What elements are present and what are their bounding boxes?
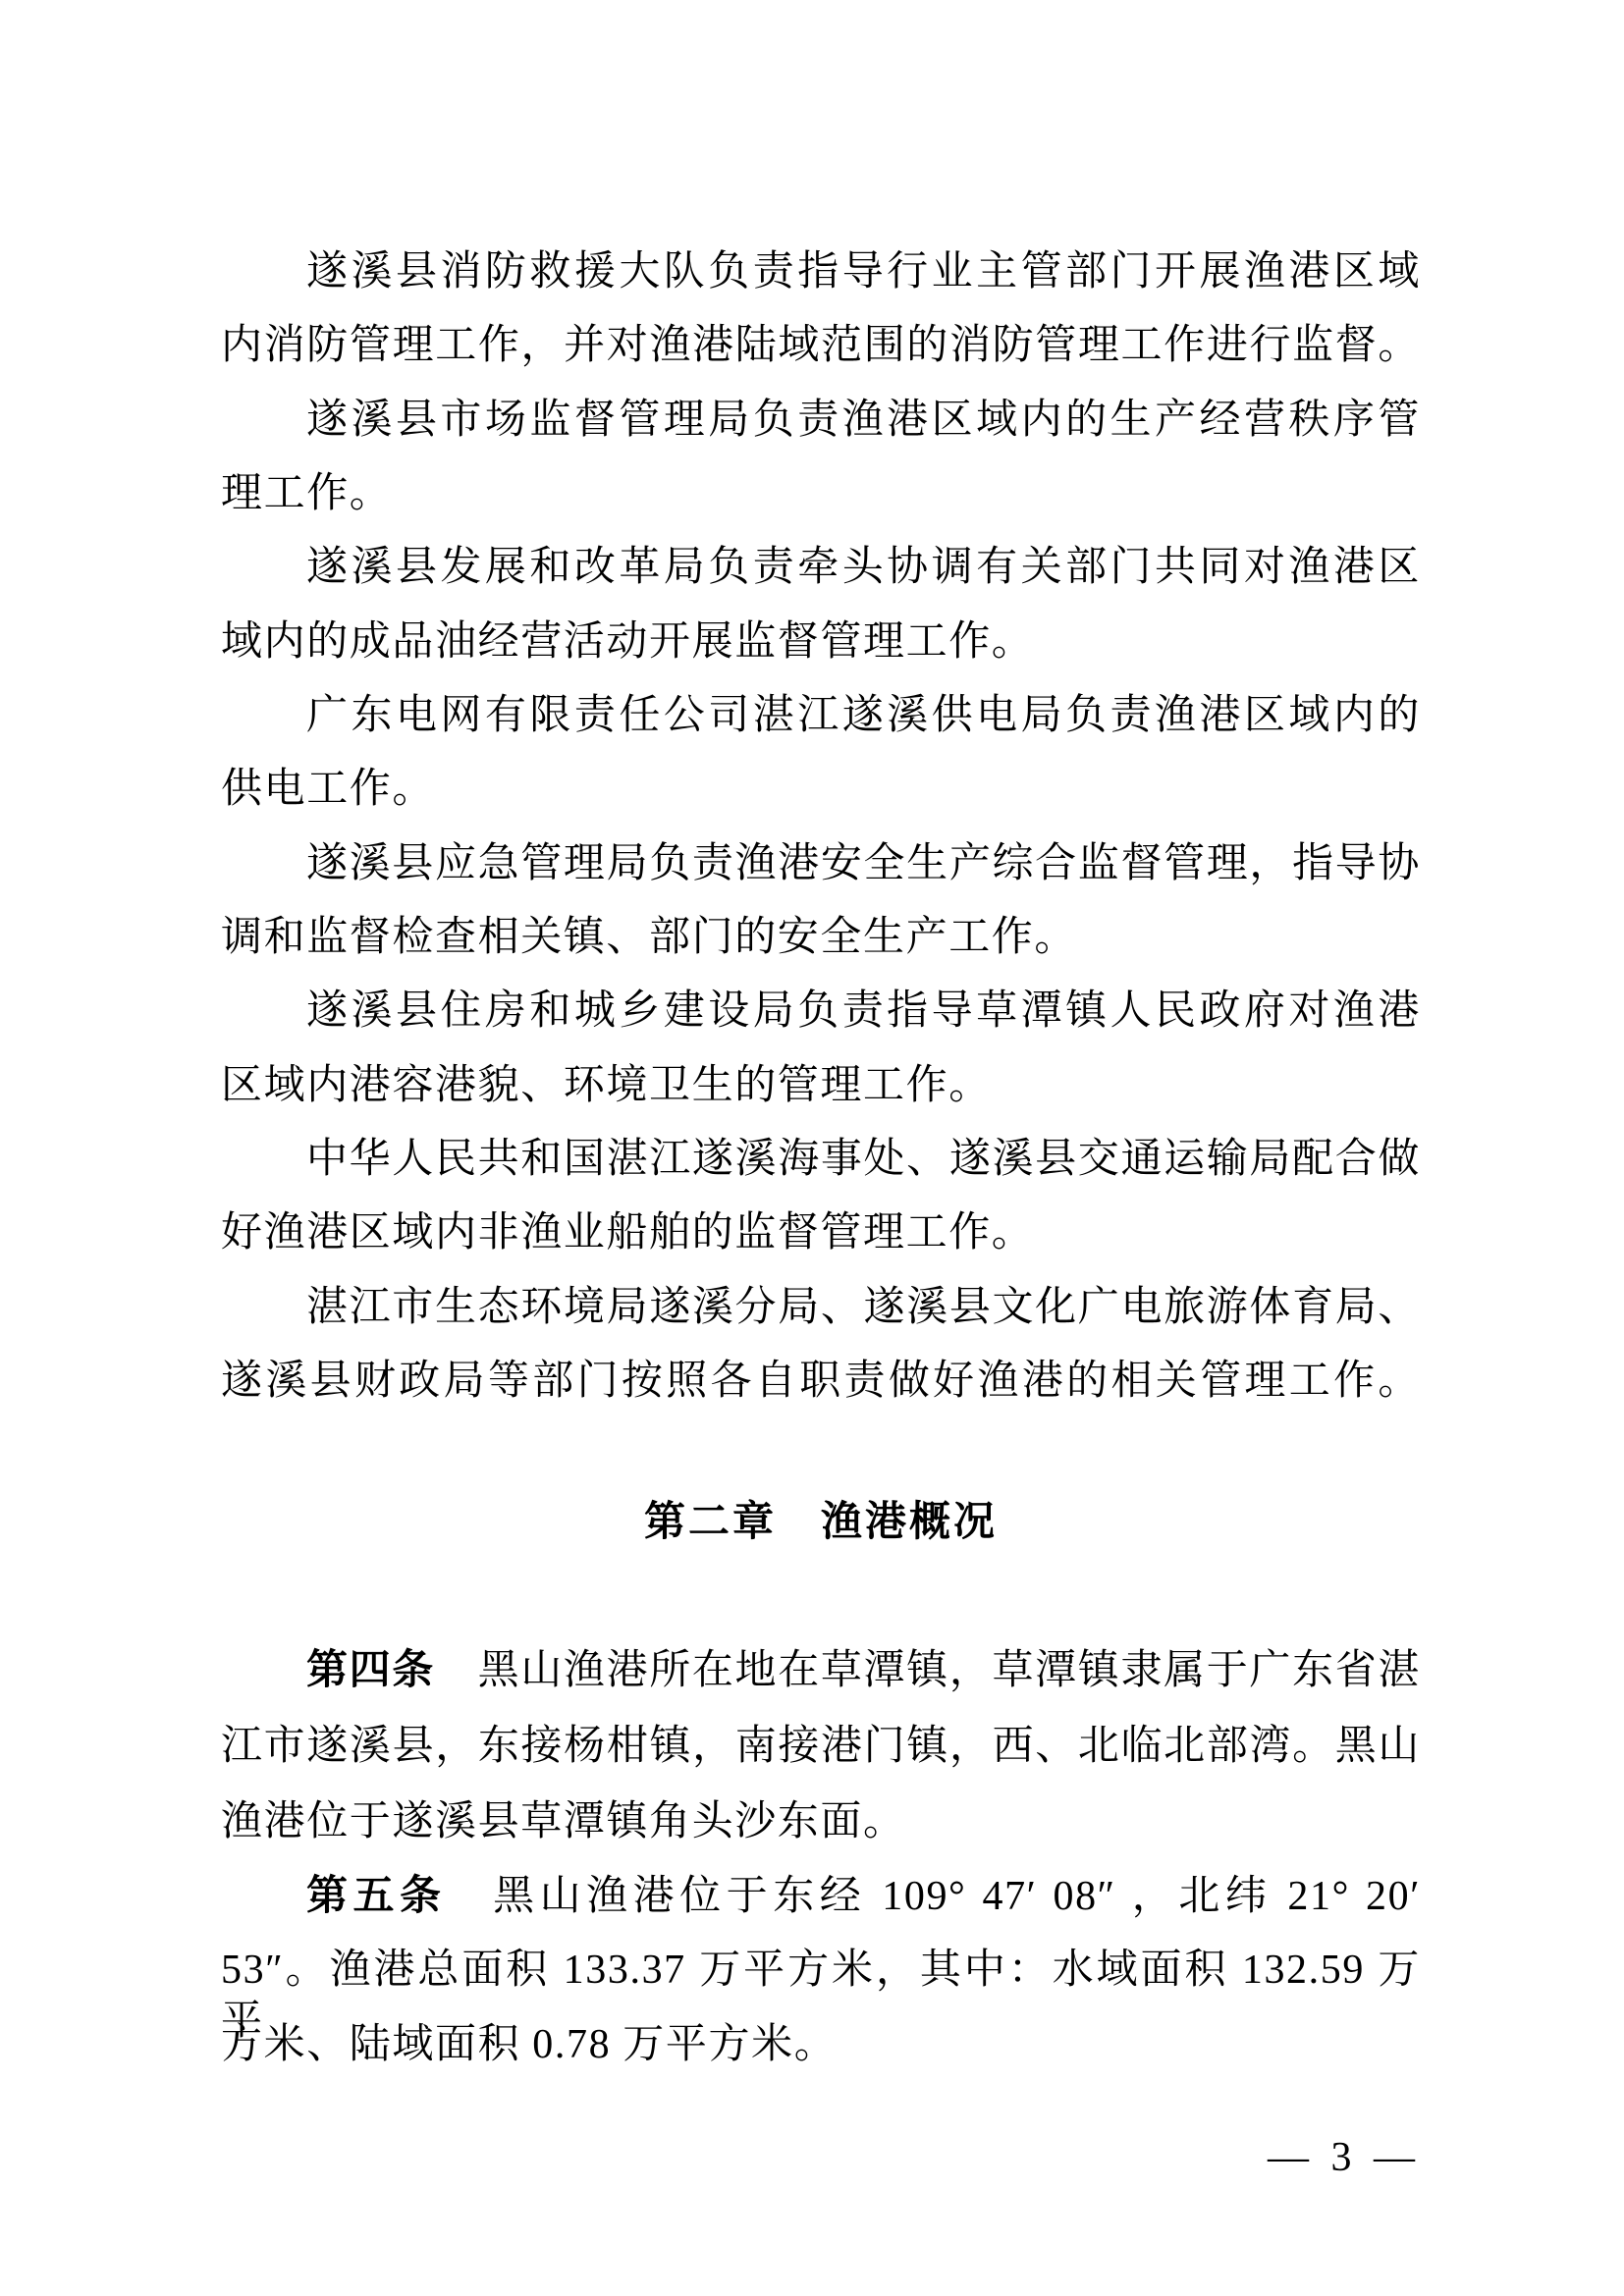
chapter-heading: 第二章 渔港概况 xyxy=(221,1496,1421,1547)
line-text: 理工作。 xyxy=(221,471,392,516)
document-line: 域内的成品油经营活动开展监督管理工作。 xyxy=(221,615,1421,667)
document-line: 调和监督检查相关镇、部门的安全生产工作。 xyxy=(221,911,1421,963)
document-line: 第四条 黑山渔港所在地在草潭镇，草潭镇隶属于广东省湛 xyxy=(221,1644,1421,1696)
document-line: 湛江市生态环境局遂溪分局、遂溪县文化广电旅游体育局、 xyxy=(221,1281,1421,1333)
article-number: 第五条 xyxy=(306,1872,447,1918)
document-line: 遂溪县市场监督管理局负责渔港区域内的生产经营秩序管 xyxy=(221,394,1421,446)
document-line: 第五条 黑山渔港位于东经 109° 47′ 08″ ，北纬 21° 20′ xyxy=(221,1870,1421,1922)
line-text: 渔港位于遂溪县草潭镇角头沙东面。 xyxy=(221,1799,906,1844)
line-text: 黑山渔港位于东经 109° 47′ 08″ ，北纬 21° 20′ xyxy=(447,1874,1421,1919)
document-line: 方米、陆域面积 0.78 万平方米。 xyxy=(221,2018,1421,2070)
document-line: 区域内港容港貌、环境卫生的管理工作。 xyxy=(221,1059,1421,1111)
line-text: 遂溪县市场监督管理局负责渔港区域内的生产经营秩序管 xyxy=(306,398,1421,443)
line-text: 遂溪县财政局等部门按照各自职责做好渔港的相关管理工作。 xyxy=(221,1359,1421,1404)
document-line: 好渔港区域内非渔业船舶的监督管理工作。 xyxy=(221,1206,1421,1258)
document-page: 遂溪县消防救援大队负责指导行业主管部门开展渔港区域 内消防管理工作，并对渔港陆域… xyxy=(0,0,1624,2296)
line-text: 遂溪县住房和城乡建设局负责指导草潭镇人民政府对渔港 xyxy=(306,988,1421,1034)
article-number: 第四条 xyxy=(306,1646,435,1692)
document-line: 渔港位于遂溪县草潭镇角头沙东面。 xyxy=(221,1795,1421,1847)
document-line: 广东电网有限责任公司湛江遂溪供电局负责渔港区域内的 xyxy=(221,689,1421,741)
line-text: 湛江市生态环境局遂溪分局、遂溪县文化广电旅游体育局、 xyxy=(306,1285,1421,1330)
document-line: 遂溪县住房和城乡建设局负责指导草潭镇人民政府对渔港 xyxy=(221,985,1421,1037)
document-text-block: 遂溪县消防救援大队负责指导行业主管部门开展渔港区域 内消防管理工作，并对渔港陆域… xyxy=(221,0,1421,2296)
line-text: 供电工作。 xyxy=(221,767,435,812)
line-text: 调和监督检查相关镇、部门的安全生产工作。 xyxy=(221,915,1077,960)
page-number: — 3 — xyxy=(1028,2132,1421,2183)
line-text: 遂溪县应急管理局负责渔港安全生产综合监督管理，指导协 xyxy=(306,841,1421,886)
document-line: 遂溪县发展和改革局负责牵头协调有关部门共同对渔港区 xyxy=(221,541,1421,593)
document-line: 内消防管理工作，并对渔港陆域范围的消防管理工作进行监督。 xyxy=(221,319,1421,371)
line-text: 好渔港区域内非渔业船舶的监督管理工作。 xyxy=(221,1210,1034,1255)
line-text: 中华人民共和国湛江遂溪海事处、遂溪县交通运输局配合做 xyxy=(306,1137,1421,1182)
line-text: 域内的成品油经营活动开展监督管理工作。 xyxy=(221,619,1034,665)
line-text: 区域内港容港貌、环境卫生的管理工作。 xyxy=(221,1063,992,1108)
document-line: 供电工作。 xyxy=(221,763,1421,815)
line-text: 方米、陆域面积 0.78 万平方米。 xyxy=(221,2022,837,2067)
line-text: 遂溪县发展和改革局负责牵头协调有关部门共同对渔港区 xyxy=(306,545,1421,590)
document-line: 遂溪县应急管理局负责渔港安全生产综合监督管理，指导协 xyxy=(221,837,1421,889)
line-text: 遂溪县消防救援大队负责指导行业主管部门开展渔港区域 xyxy=(306,249,1421,294)
document-line: 中华人民共和国湛江遂溪海事处、遂溪县交通运输局配合做 xyxy=(221,1133,1421,1185)
document-line: 江市遂溪县，东接杨柑镇，南接港门镇，西、北临北部湾。黑山 xyxy=(221,1720,1421,1772)
line-text: 江市遂溪县，东接杨柑镇，南接港门镇，西、北临北部湾。黑山 xyxy=(221,1724,1421,1769)
line-text: 黑山渔港所在地在草潭镇，草潭镇隶属于广东省湛 xyxy=(435,1648,1421,1693)
document-line: 理工作。 xyxy=(221,467,1421,519)
line-text: 内消防管理工作，并对渔港陆域范围的消防管理工作进行监督。 xyxy=(221,323,1421,368)
line-text: 广东电网有限责任公司湛江遂溪供电局负责渔港区域内的 xyxy=(306,693,1421,738)
document-line: 遂溪县财政局等部门按照各自职责做好渔港的相关管理工作。 xyxy=(221,1355,1421,1407)
document-line: 遂溪县消防救援大队负责指导行业主管部门开展渔港区域 xyxy=(221,245,1421,297)
